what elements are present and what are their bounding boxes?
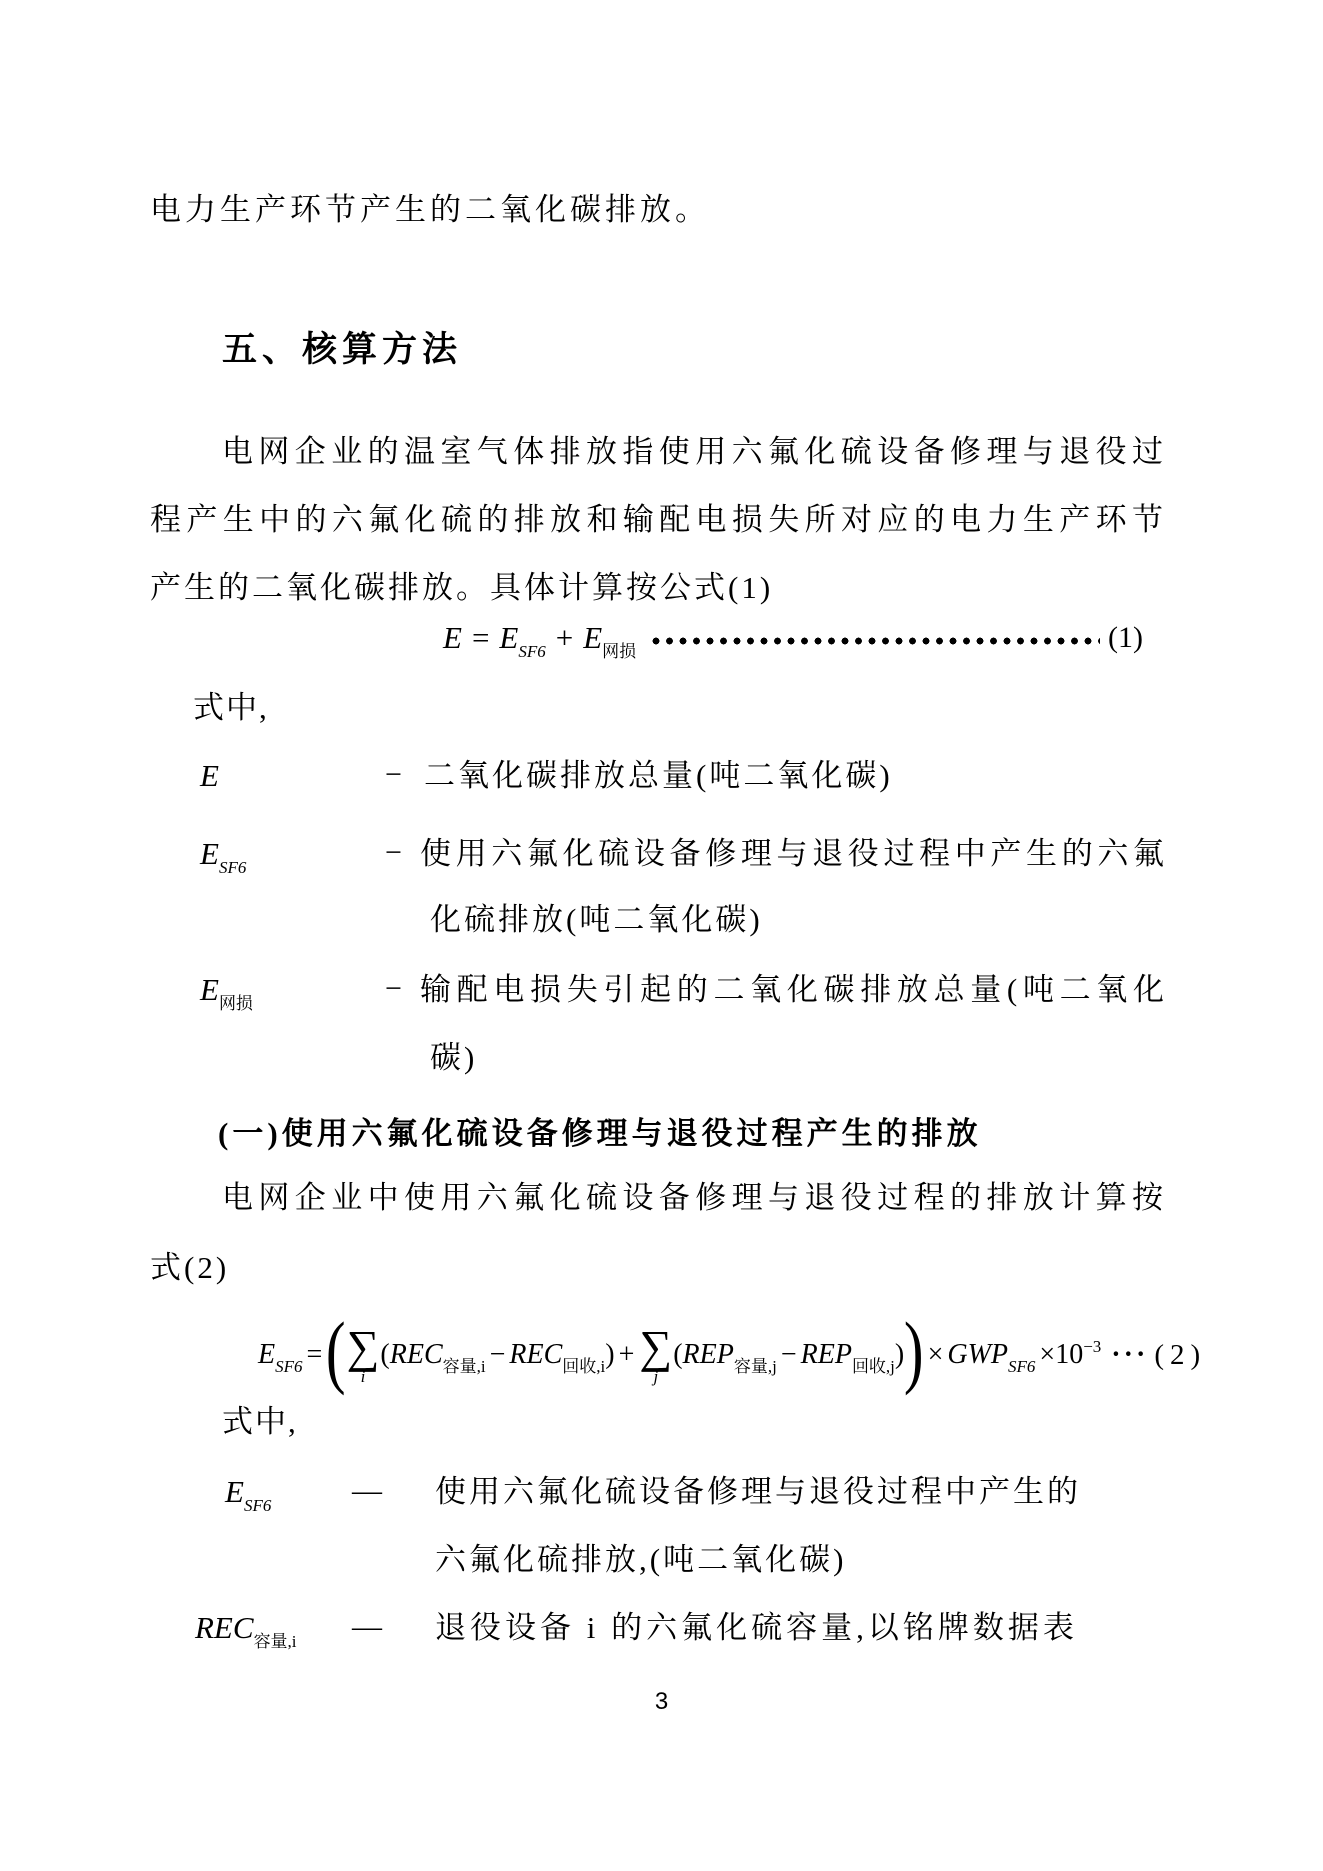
- gwp-factor: GWP: [947, 1339, 1008, 1370]
- where-2-term-esf6: ESF6: [225, 1474, 271, 1510]
- minus-sign: −: [781, 1339, 797, 1370]
- where-2-dash-1: —: [352, 1474, 382, 1508]
- plus-sign: +: [619, 1339, 635, 1371]
- sum-over-j: ∑ j: [639, 1325, 672, 1386]
- formula-1-lhs: E: [443, 620, 462, 655]
- times-sign: ×: [928, 1339, 944, 1371]
- where-1-dash-3: −: [385, 972, 402, 1006]
- subsection-heading: (一)使用六氟化硫设备修理与退役过程产生的排放: [218, 1108, 982, 1153]
- formula-2: ESF6 = ( ∑ i (REC容量,i−REC回收,i) + ∑ j (RE…: [258, 1312, 1206, 1398]
- paragraph-1-line-1: 电网企业的温室气体排放指使用六氟化硫设备修理与退役过: [222, 434, 1163, 470]
- gwp-factor-sub: SF6: [1008, 1357, 1035, 1376]
- times-ten: ×10: [1039, 1339, 1083, 1370]
- equals-sign: =: [472, 620, 489, 656]
- rec-capacity: REC: [390, 1339, 443, 1370]
- big-open-paren: (: [326, 1310, 346, 1400]
- exponent: −3: [1083, 1337, 1101, 1356]
- rec-capacity-sub: 容量,i: [443, 1357, 486, 1376]
- where-1-def-esf6-line-2: 化硫排放(吨二氧化碳): [430, 902, 763, 938]
- rec-recovered-sub: 回收,i: [562, 1357, 605, 1376]
- big-close-paren: ): [904, 1310, 924, 1400]
- equals-sign: =: [307, 1339, 323, 1371]
- where-1-label: 式中,: [193, 690, 269, 726]
- minus-sign: −: [490, 1339, 506, 1370]
- where-2-term-rec: REC容量,i: [195, 1610, 297, 1646]
- where-1-term-egridloss: E网损: [200, 972, 253, 1008]
- where-2-def-esf6-line-1: 使用六氟化硫设备修理与退役过程中产生的: [435, 1474, 1081, 1510]
- formula-1-term-gridloss: E: [583, 620, 602, 655]
- rep-recovered-sub: 回收,j: [852, 1357, 895, 1376]
- rep-recovered: REP: [801, 1339, 852, 1370]
- close-paren: ): [605, 1339, 614, 1370]
- formula-1-term-sf6-sub: SF6: [518, 642, 545, 661]
- formula-1-term-gridloss-sub: 网损: [602, 642, 636, 661]
- where-1-def-esf6-line-1: 使用六氟化硫设备修理与退役过程中产生的六氟: [420, 836, 1164, 872]
- paragraph-1-line-3: 产生的二氧化碳排放。具体计算按公式(1): [150, 570, 773, 606]
- paragraph-2-line-2: 式(2): [150, 1250, 229, 1286]
- where-1-term-e: E: [200, 758, 219, 794]
- rep-capacity: REP: [683, 1339, 734, 1370]
- where-1-dash-2: −: [385, 836, 402, 870]
- dot-leader: [650, 635, 1100, 647]
- where-2-label: 式中,: [222, 1404, 298, 1440]
- open-paren: (: [380, 1339, 389, 1370]
- paragraph-1-line-2: 程产生中的六氟化硫的排放和输配电损失所对应的电力生产环节: [150, 502, 1163, 538]
- formula-1: E = ESF6 + E网损 (1): [443, 612, 1143, 664]
- paragraph-2-line-1: 电网企业中使用六氟化硫设备修理与退役过程的排放计算按: [222, 1180, 1163, 1216]
- where-2-def-esf6-line-2: 六氟化硫排放,(吨二氧化碳): [435, 1542, 846, 1578]
- ellipsis-dots: ···: [1111, 1339, 1148, 1371]
- formula-2-lhs-sub: SF6: [275, 1357, 302, 1376]
- open-paren: (: [673, 1339, 682, 1370]
- plus-sign: +: [556, 620, 573, 656]
- formula-1-term-sf6: E: [499, 620, 518, 655]
- where-1-def-e: 二氧化碳排放总量(吨二氧化碳): [424, 758, 893, 794]
- formula-2-lhs: E: [258, 1339, 275, 1370]
- where-2-dash-2: —: [352, 1610, 382, 1644]
- sum-over-i: ∑ i: [347, 1325, 380, 1386]
- document-page: 电力生产环节产生的二氧化碳排放。 五、核算方法 电网企业的温室气体排放指使用六氟…: [0, 0, 1323, 1871]
- rec-recovered: REC: [509, 1339, 562, 1370]
- where-2-def-rec: 退役设备 i 的六氟化硫容量,以铭牌数据表: [435, 1610, 1078, 1646]
- section-heading: 五、核算方法: [222, 322, 462, 372]
- where-1-dash-1: −: [385, 758, 402, 792]
- where-1-def-egridloss-line-1: 输配电损失引起的二氧化碳排放总量(吨二氧化: [420, 972, 1164, 1008]
- formula-1-number: (1): [1108, 621, 1143, 655]
- where-1-term-esf6: ESF6: [200, 836, 246, 872]
- formula-2-number: (2): [1154, 1339, 1206, 1372]
- intro-line: 电力生产环节产生的二氧化碳排放。: [150, 192, 710, 228]
- page-number: 3: [0, 1688, 1323, 1716]
- where-1-def-egridloss-line-2: 碳): [430, 1040, 477, 1076]
- rep-capacity-sub: 容量,j: [734, 1357, 777, 1376]
